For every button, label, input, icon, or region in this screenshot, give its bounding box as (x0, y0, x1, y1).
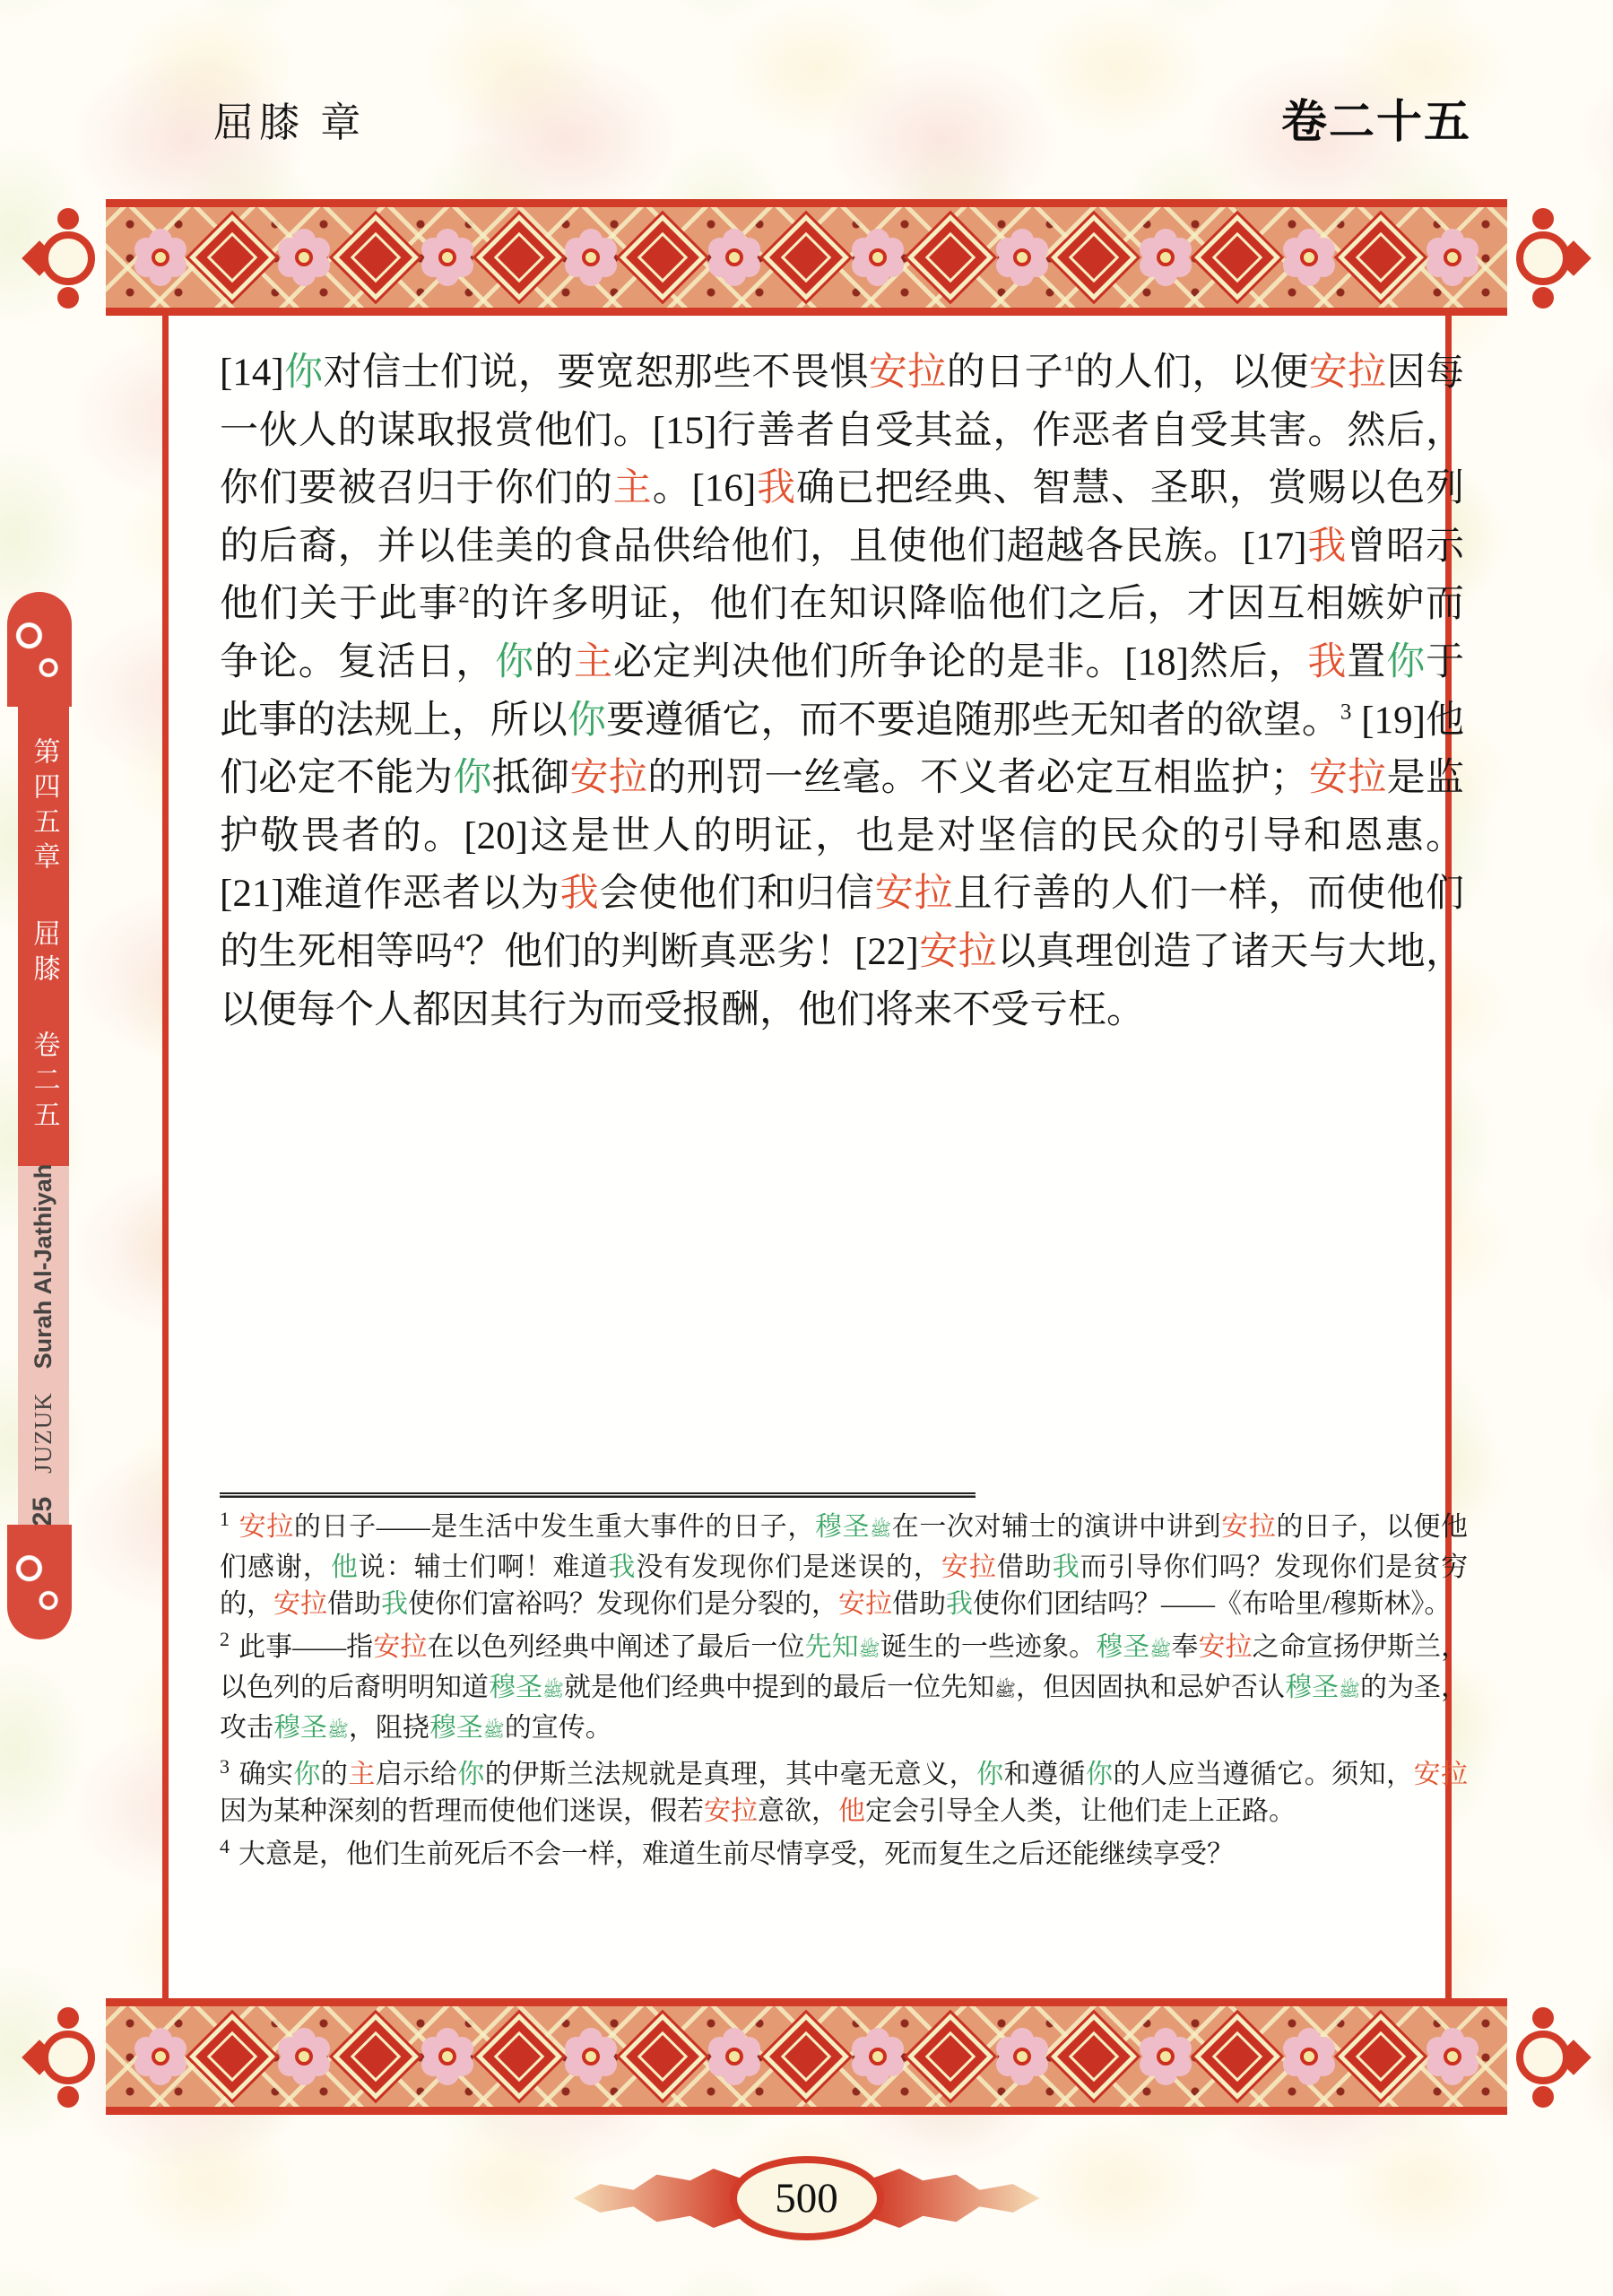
flower-motif (1423, 228, 1482, 287)
footnote-1: 1安拉的日子——是生活中发生重大事件的日子，穆圣ﷺ在一次对辅士的演讲中讲到安拉的… (220, 1509, 1468, 1622)
sidebar-surah-name-en: Surah Al-Jathiyah (30, 1164, 58, 1370)
diamond-motif (1338, 214, 1424, 300)
diamond-motif (476, 214, 562, 300)
footnote-4: 4大意是，他们生前死后不会一样，难道生前尽情享受，死而复生之后还能继续享受？ (220, 1836, 1468, 1873)
flower-motif (705, 228, 764, 287)
footnote-2-text: 此事——指安拉在以色列经典中阐述了最后一位先知ﷺ诞生的一些迹象。穆圣ﷺ奉安拉之命… (220, 1632, 1468, 1743)
ornamental-band-bottom (106, 1998, 1507, 2115)
page-number-cartouche: 500 (574, 2156, 1040, 2240)
diamond-motif (763, 2013, 849, 2100)
diamond-motif (333, 2013, 419, 2100)
flower-motif (131, 228, 190, 287)
lotus-finial-bottom-left (30, 2005, 108, 2109)
sidebar-juz-cn: 卷二五 (24, 1031, 64, 1135)
diamond-motif (1194, 214, 1280, 300)
diamond-motif (1194, 2013, 1280, 2100)
page-title-right: 卷二十五 (1281, 84, 1471, 151)
diamond-motif (906, 214, 993, 300)
footnote-3-text: 确实你的主启示给你的伊斯兰法规就是真理，其中毫无意义，你和遵循你的人应当遵循它。… (220, 1760, 1468, 1826)
cartouche-wing-left (574, 2169, 741, 2228)
flower-motif (848, 228, 907, 287)
flower-motif (1279, 228, 1339, 287)
footnote-4-number: 4 (220, 1835, 230, 1857)
flower-motif (418, 228, 477, 287)
diamond-motif (1051, 2013, 1137, 2100)
flower-motif (274, 228, 334, 287)
sidebar-juzuk-label: JUZUK (30, 1392, 58, 1474)
page-title-left: 屈膝 章 (213, 90, 366, 148)
flower-motif (848, 2027, 907, 2086)
footnote-1-text: 安拉的日子——是生活中发生重大事件的日子，穆圣ﷺ在一次对辅士的演讲中讲到安拉的日… (220, 1512, 1468, 1619)
flower-motif (705, 2027, 764, 2086)
footnote-divider (220, 1492, 976, 1498)
footnotes-block: 1安拉的日子——是生活中发生重大事件的日子，穆圣ﷺ在一次对辅士的演讲中讲到安拉的… (220, 1509, 1468, 1879)
sidebar-juz-tab: 25 JUZUK Surah Al-Jathiyah (18, 1166, 69, 1525)
page-number-ellipse: 500 (730, 2156, 884, 2240)
footnote-3-number: 3 (220, 1755, 230, 1778)
cartouche-wing-right (873, 2169, 1040, 2228)
flower-motif (561, 228, 620, 287)
flower-motif (1423, 2027, 1482, 2086)
diamond-motif (476, 2013, 562, 2100)
flower-motif (1136, 228, 1195, 287)
lotus-finial-top-left (30, 206, 108, 310)
flower-motif (993, 228, 1052, 287)
frame-border-left (162, 314, 169, 2002)
sidebar-chapter-tab: 第四五章 屈膝 卷二五 (18, 707, 69, 1166)
flower-motif (131, 2027, 190, 2086)
sidebar-scroll-ornament-bottom (7, 1525, 72, 1639)
diamond-motif (1051, 214, 1137, 300)
book-page: { "header": { "left_title": "屈膝 章", "rig… (0, 0, 1613, 2296)
page-number: 500 (775, 2174, 838, 2222)
diamond-motif (1338, 2013, 1424, 2100)
diamond-motif (189, 214, 275, 300)
footnote-2-number: 2 (220, 1628, 230, 1650)
flower-motif (993, 2027, 1052, 2086)
footnote-1-number: 1 (220, 1508, 230, 1530)
flower-motif (418, 2027, 477, 2086)
diamond-motif (763, 214, 849, 300)
diamond-motif (620, 214, 706, 300)
footnote-3: 3确实你的主启示给你的伊斯兰法规就是真理，其中毫无意义，你和遵循你的人应当遵循它… (220, 1756, 1468, 1830)
verse-paragraph: [14]你对信士们说，要宽恕那些不畏惧安拉的日子1的人们，以便安拉因每一伙人的谋… (220, 344, 1464, 1039)
lotus-finial-top-right (1505, 206, 1583, 310)
footnote-4-text: 大意是，他们生前死后不会一样，难道生前尽情享受，死而复生之后还能继续享受？ (238, 1839, 1234, 1869)
lotus-finial-bottom-right (1505, 2005, 1583, 2109)
footnote-2: 2此事——指安拉在以色列经典中阐述了最后一位先知ﷺ诞生的一些迹象。穆圣ﷺ奉安拉之… (220, 1629, 1468, 1750)
sidebar-surah-name-cn: 屈膝 (24, 919, 64, 989)
sidebar-chapter-number: 第四五章 (24, 737, 64, 877)
flower-motif (561, 2027, 620, 2086)
diamond-motif (906, 2013, 993, 2100)
flower-motif (1279, 2027, 1339, 2086)
flower-motif (1136, 2027, 1195, 2086)
sidebar-juz-number: 25 (29, 1497, 59, 1526)
diamond-motif (333, 214, 419, 300)
diamond-motif (189, 2013, 275, 2100)
flower-motif (274, 2027, 334, 2086)
diamond-motif (620, 2013, 706, 2100)
ornamental-band-top (106, 199, 1507, 316)
sidebar-scroll-ornament-top (7, 592, 72, 707)
